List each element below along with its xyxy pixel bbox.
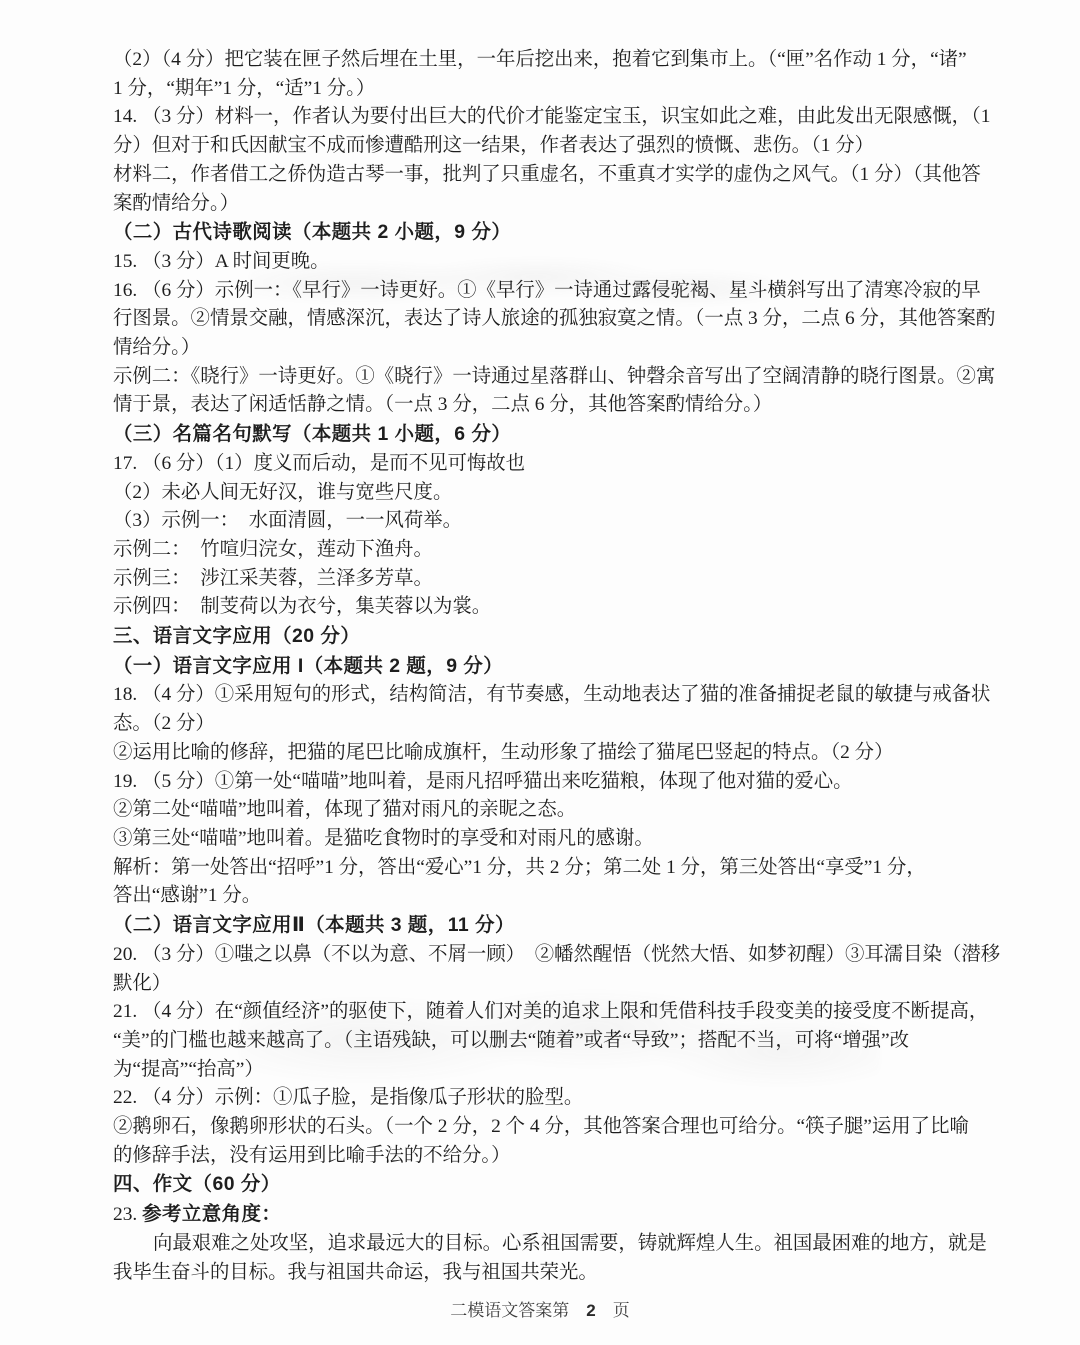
text-run: ②第二处“喵喵”地叫着，体现了猫对雨凡的亲昵之态。 bbox=[113, 799, 576, 820]
text-line: 默化） bbox=[113, 970, 998, 999]
text-line: 21. （4 分）在“颜值经济”的驱使下，随着人们对美的追求上限和凭借科技手段变… bbox=[113, 998, 998, 1027]
text-run: 参考立意角度： bbox=[142, 1203, 281, 1225]
text-line: 17. （6 分）（1）度义而后动，是而不见可悔故也 bbox=[113, 450, 998, 479]
text-run: 情给分。） bbox=[113, 337, 200, 358]
text-run: （二）语言文字应用Ⅱ（本题共 3 题，11 分） bbox=[113, 914, 515, 936]
text-run: 为“提高”“抬高”） bbox=[113, 1059, 264, 1080]
text-line: 示例二： 竹喧归浣女，莲动下渔舟。 bbox=[113, 536, 998, 565]
text-run: （二）古代诗歌阅读（本题共 2 小题，9 分） bbox=[113, 221, 511, 243]
text-line: 20. （3 分）①嗤之以鼻（不以为意、不屑一顾） ②幡然醒悟（恍然大悟、如梦初… bbox=[113, 941, 998, 970]
text-line: 示例三： 涉江采芙蓉，兰泽多芳草。 bbox=[113, 565, 998, 594]
text-run: 默化） bbox=[113, 973, 171, 994]
text-line: 解析：第一处答出“招呼”1 分，答出“爱心”1 分，共 2 分；第二处 1 分，… bbox=[113, 854, 998, 883]
text-line: （3）示例一： 水面清圆，一一风荷举。 bbox=[113, 507, 998, 536]
text-run: 15. （3 分）A 时间更晚。 bbox=[113, 251, 330, 272]
text-line: 15. （3 分）A 时间更晚。 bbox=[113, 248, 998, 277]
text-line: 情给分。） bbox=[113, 334, 998, 363]
text-run: （三）名篇名句默写（本题共 1 小题，6 分） bbox=[113, 423, 511, 445]
text-run: 我毕生奋斗的目标。我与祖国共命运，我与祖国共荣光。 bbox=[113, 1262, 598, 1283]
text-run: “美”的门槛也越来越高了。（主语残缺，可以删去“随着”或者“导致”；搭配不当，可… bbox=[113, 1030, 909, 1051]
text-run: 向最艰难之处攻坚，追求最远大的目标。心系祖国需要，铸就辉煌人生。祖国最困难的地方… bbox=[153, 1233, 987, 1254]
text-line: 三、语言文字应用（20 分） bbox=[113, 622, 998, 652]
text-line: 19. （5 分）①第一处“喵喵”地叫着，是雨凡招呼猫出来吃猫粮，体现了他对猫的… bbox=[113, 768, 998, 797]
text-run: 示例三： 涉江采芙蓉，兰泽多芳草。 bbox=[113, 568, 433, 589]
text-line: “美”的门槛也越来越高了。（主语残缺，可以删去“随着”或者“导致”；搭配不当，可… bbox=[113, 1027, 998, 1056]
text-run: 三、语言文字应用（20 分） bbox=[113, 625, 360, 647]
text-line: 16. （6 分）示例一：《早行》一诗更好。①《早行》一诗通过露侵驼褐、星斗横斜… bbox=[113, 277, 998, 306]
text-run: 21. （4 分）在“颜值经济”的驱使下，随着人们对美的追求上限和凭借科技手段变… bbox=[113, 1001, 988, 1022]
text-run: （2）（4 分）把它装在匣子然后埋在土里，一年后挖出来，抱着它到集市上。（“匣”… bbox=[113, 49, 967, 70]
text-line: （二）语言文字应用Ⅱ（本题共 3 题，11 分） bbox=[113, 911, 998, 941]
text-line: （一）语言文字应用 I（本题共 2 题，9 分） bbox=[113, 652, 998, 682]
text-run: 态。（2 分） bbox=[113, 713, 215, 734]
text-run: 18. （4 分）①采用短句的形式，结构简洁，有节奏感，生动地表达了猫的准备捕捉… bbox=[113, 684, 990, 705]
text-run: 1 分，“期年”1 分，“适”1 分。） bbox=[113, 78, 375, 99]
text-line: 行图景。②情景交融，情感深沉，表达了诗人旅途的孤独寂寞之情。（一点 3 分，二点… bbox=[113, 305, 998, 334]
text-run: 19. （5 分）①第一处“喵喵”地叫着，是雨凡招呼猫出来吃猫粮，体现了他对猫的… bbox=[113, 771, 853, 792]
text-run: 解析：第一处答出“招呼”1 分，答出“爱心”1 分，共 2 分；第二处 1 分，… bbox=[113, 857, 926, 878]
text-line: （三）名篇名句默写（本题共 1 小题，6 分） bbox=[113, 420, 998, 450]
text-run: （一）语言文字应用 I（本题共 2 题，9 分） bbox=[113, 655, 503, 677]
text-run: 17. （6 分）（1）度义而后动，是而不见可悔故也 bbox=[113, 453, 525, 474]
document-page: （2）（4 分）把它装在匣子然后埋在土里，一年后挖出来，抱着它到集市上。（“匣”… bbox=[0, 0, 1080, 1345]
text-line: 为“提高”“抬高”） bbox=[113, 1056, 998, 1085]
text-run: ③第三处“喵喵”地叫着。是猫吃食物时的享受和对雨凡的感谢。 bbox=[113, 828, 654, 849]
text-line: 我毕生奋斗的目标。我与祖国共命运，我与祖国共荣光。 bbox=[113, 1259, 998, 1288]
text-run: 的修辞手法，没有运用到比喻手法的不给分。） bbox=[113, 1145, 511, 1166]
text-run: 行图景。②情景交融，情感深沉，表达了诗人旅途的孤独寂寞之情。（一点 3 分，二点… bbox=[113, 308, 995, 329]
text-run: 二模语文答案第 bbox=[450, 1301, 586, 1320]
text-run: （3）示例一： 水面清圆，一一风荷举。 bbox=[113, 510, 462, 531]
text-run: ②运用比喻的修辞，把猫的尾巴比喻成旗杆，生动形象了描绘了猫尾巴竖起的特点。（2 … bbox=[113, 742, 893, 763]
text-line: （2）（4 分）把它装在匣子然后埋在土里，一年后挖出来，抱着它到集市上。（“匣”… bbox=[113, 46, 998, 75]
text-line: 22. （4 分）示例：①瓜子脸，是指像瓜子形状的脸型。 bbox=[113, 1084, 998, 1113]
text-run: 22. （4 分）示例：①瓜子脸，是指像瓜子形状的脸型。 bbox=[113, 1087, 583, 1108]
text-line: （2）未必人间无好汉，谁与宽些尺度。 bbox=[113, 479, 998, 508]
text-line: 的修辞手法，没有运用到比喻手法的不给分。） bbox=[113, 1142, 998, 1171]
text-line: 态。（2 分） bbox=[113, 710, 998, 739]
text-line: 四、作文（60 分） bbox=[113, 1170, 998, 1200]
text-line: ②运用比喻的修辞，把猫的尾巴比喻成旗杆，生动形象了描绘了猫尾巴竖起的特点。（2 … bbox=[113, 739, 998, 768]
text-line: （二）古代诗歌阅读（本题共 2 小题，9 分） bbox=[113, 218, 998, 248]
text-run: （2）未必人间无好汉，谁与宽些尺度。 bbox=[113, 482, 452, 503]
text-run: 示例四： 制芰荷以为衣兮，集芙蓉以为裳。 bbox=[113, 596, 491, 617]
text-run: 14. （3 分）材料一，作者认为要付出巨大的代价才能鉴定宝玉，识宝如此之难，由… bbox=[113, 106, 990, 127]
text-run: 分）但对于和氏因献宝不成而惨遭酷刑这一结果，作者表达了强烈的愤慨、悲伤。（1 分… bbox=[113, 135, 874, 156]
text-line: 案酌情给分。） bbox=[113, 190, 998, 219]
page-number: 2 bbox=[586, 1301, 595, 1320]
text-run: 20. （3 分）①嗤之以鼻（不以为意、不屑一顾） ②幡然醒悟（恍然大悟、如梦初… bbox=[113, 944, 1000, 965]
page-footer: 二模语文答案第 2 页 bbox=[0, 1296, 1080, 1321]
text-run: 16. （6 分）示例一：《早行》一诗更好。①《早行》一诗通过露侵驼褐、星斗横斜… bbox=[113, 280, 981, 301]
text-run: 四、作文（60 分） bbox=[113, 1173, 281, 1195]
text-line: ②第二处“喵喵”地叫着，体现了猫对雨凡的亲昵之态。 bbox=[113, 796, 998, 825]
text-run: ②鹅卵石，像鹅卵形状的石头。（一个 2 分，2 个 4 分，其他答案合理也可给分… bbox=[113, 1116, 969, 1137]
text-line: 14. （3 分）材料一，作者认为要付出巨大的代价才能鉴定宝玉，识宝如此之难，由… bbox=[113, 103, 998, 132]
text-run: 材料二，作者借工之侨伪造古琴一事，批判了只重虚名，不重真才实学的虚伪之风气。（1… bbox=[113, 164, 981, 185]
text-line: 分）但对于和氏因献宝不成而惨遭酷刑这一结果，作者表达了强烈的愤慨、悲伤。（1 分… bbox=[113, 132, 998, 161]
text-line: ③第三处“喵喵”地叫着。是猫吃食物时的享受和对雨凡的感谢。 bbox=[113, 825, 998, 854]
text-run: 示例二：《晓行》一诗更好。①《晓行》一诗通过星落群山、钟磬余音写出了空阔清静的晓… bbox=[113, 366, 995, 387]
text-run: 示例二： 竹喧归浣女，莲动下渔舟。 bbox=[113, 539, 433, 560]
text-run: 案酌情给分。） bbox=[113, 193, 239, 214]
text-run: 页 bbox=[596, 1301, 630, 1320]
answer-text-block: （2）（4 分）把它装在匣子然后埋在土里，一年后挖出来，抱着它到集市上。（“匣”… bbox=[113, 46, 998, 1287]
text-line: 情于景，表达了闲适恬静之情。（一点 3 分，二点 6 分，其他答案酌情给分。） bbox=[113, 391, 998, 420]
text-run: 答出“感谢”1 分。 bbox=[113, 885, 261, 906]
text-line: 示例四： 制芰荷以为衣兮，集芙蓉以为裳。 bbox=[113, 593, 998, 622]
text-line: 18. （4 分）①采用短句的形式，结构简洁，有节奏感，生动地表达了猫的准备捕捉… bbox=[113, 681, 998, 710]
text-line: 示例二：《晓行》一诗更好。①《晓行》一诗通过星落群山、钟磬余音写出了空阔清静的晓… bbox=[113, 363, 998, 392]
text-line: 答出“感谢”1 分。 bbox=[113, 882, 998, 911]
text-run: 情于景，表达了闲适恬静之情。（一点 3 分，二点 6 分，其他答案酌情给分。） bbox=[113, 394, 772, 415]
text-line: 1 分，“期年”1 分，“适”1 分。） bbox=[113, 75, 998, 104]
text-line: 材料二，作者借工之侨伪造古琴一事，批判了只重虚名，不重真才实学的虚伪之风气。（1… bbox=[113, 161, 998, 190]
text-run: 23. bbox=[113, 1204, 142, 1225]
text-line: 23. 参考立意角度： bbox=[113, 1200, 998, 1230]
text-line: 向最艰难之处攻坚，追求最远大的目标。心系祖国需要，铸就辉煌人生。祖国最困难的地方… bbox=[113, 1230, 998, 1259]
text-line: ②鹅卵石，像鹅卵形状的石头。（一个 2 分，2 个 4 分，其他答案合理也可给分… bbox=[113, 1113, 998, 1142]
